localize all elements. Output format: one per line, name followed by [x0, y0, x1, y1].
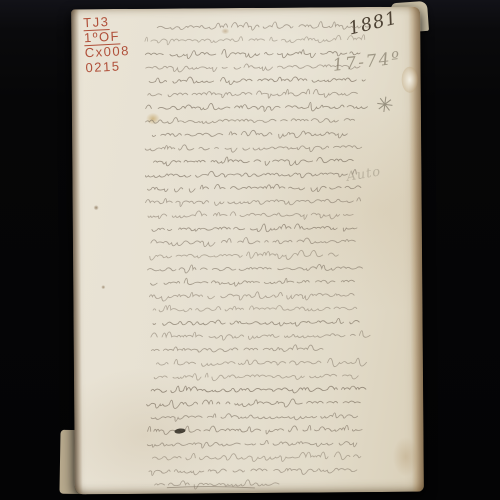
paper-speck	[94, 205, 99, 210]
paper-edge-left	[71, 9, 83, 494]
asterisk-mark-icon: ✳	[374, 92, 395, 119]
stamp-line: Cx008	[84, 43, 130, 60]
photo-background: TJ3 1ºOF Cx008 0215 1881 17-74º ✳ Auto	[0, 0, 500, 500]
archive-stamp: TJ3 1ºOF Cx008 0215	[83, 13, 131, 75]
stamp-line: 0215	[85, 58, 131, 75]
paper-edge-right	[408, 7, 424, 492]
manuscript-page: TJ3 1ºOF Cx008 0215 1881 17-74º ✳ Auto	[71, 7, 424, 495]
handwriting-svg	[141, 14, 373, 492]
handwriting-block	[141, 14, 373, 492]
paper-speck	[101, 285, 105, 289]
